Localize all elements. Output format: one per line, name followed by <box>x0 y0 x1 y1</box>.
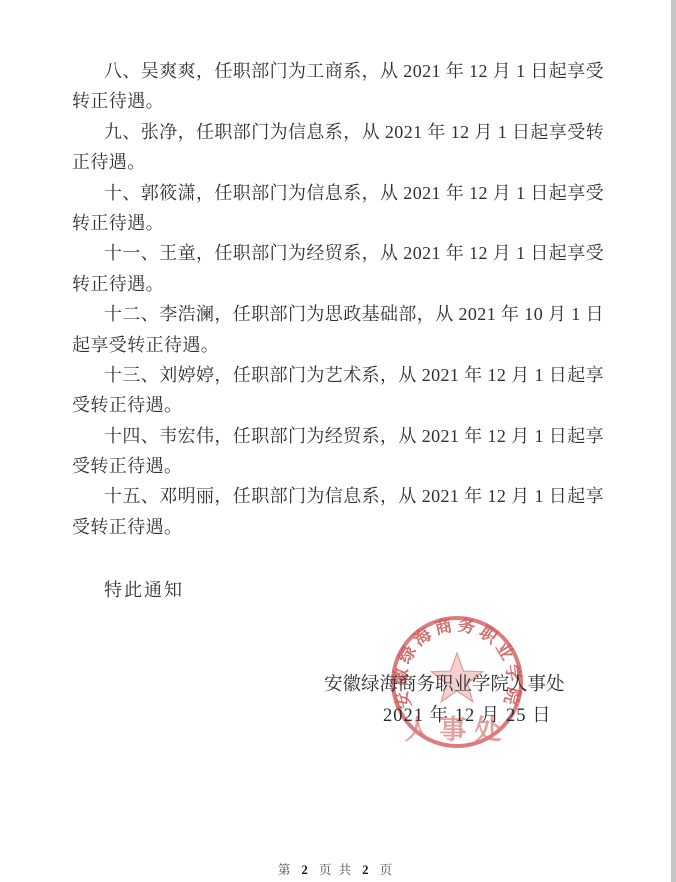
notice-document-page: 八、吴爽爽，任职部门为工商系，从 2021 年 12 月 1 日起享受 转正待遇… <box>0 0 676 882</box>
footer-label-total: 共 <box>339 863 353 877</box>
notice-item-14-line1: 十四、韦宏伟，任职部门为经贸系，从 2021 年 12 月 1 日起享 <box>72 421 600 451</box>
notice-item-12-line2: 起享受转正待遇。 <box>72 330 600 360</box>
notice-item-15-line1: 十五、邓明丽，任职部门为信息系，从 2021 年 12 月 1 日起享 <box>72 481 600 511</box>
footer-total-pages: 2 <box>362 863 369 877</box>
notice-item-15-line2: 受转正待遇。 <box>72 512 600 542</box>
scan-edge <box>671 0 676 882</box>
footer-label-prefix: 第 <box>278 863 292 877</box>
issue-date: 2021 年 12 月 25 日 <box>383 701 552 731</box>
notice-item-11-line1: 十一、王童，任职部门为经贸系，从 2021 年 12 月 1 日起享受 <box>72 238 600 268</box>
closing-statement: 特此通知 <box>104 575 184 605</box>
footer-label-page: 页 <box>319 863 333 877</box>
notice-item-14-line2: 受转正待遇。 <box>72 451 600 481</box>
notice-item-9-line1: 九、张净，任职部门为信息系，从 2021 年 12 月 1 日起享受转 <box>72 117 600 147</box>
notice-item-8-line1: 八、吴爽爽，任职部门为工商系，从 2021 年 12 月 1 日起享受 <box>72 56 600 86</box>
notice-body: 八、吴爽爽，任职部门为工商系，从 2021 年 12 月 1 日起享受 转正待遇… <box>72 56 600 542</box>
footer-current-page: 2 <box>302 863 309 877</box>
notice-item-8-line2: 转正待遇。 <box>72 86 600 116</box>
notice-item-11-line2: 转正待遇。 <box>72 269 600 299</box>
notice-item-12-line1: 十二、李浩澜，任职部门为思政基础部，从 2021 年 10 月 1 日 <box>72 299 600 329</box>
issuing-department-signature: 安徽绿海商务职业学院人事处 <box>324 670 565 700</box>
notice-item-9-line2: 正待遇。 <box>72 147 600 177</box>
notice-item-13-line1: 十三、刘婷婷，任职部门为艺术系，从 2021 年 12 月 1 日起享 <box>72 360 600 390</box>
notice-item-10-line2: 转正待遇。 <box>72 208 600 238</box>
footer-label-suffix: 页 <box>380 863 394 877</box>
page-footer: 第 2 页 共 2 页 <box>0 860 671 878</box>
notice-item-13-line2: 受转正待遇。 <box>72 390 600 420</box>
notice-item-10-line1: 十、郭筱潇，任职部门为信息系，从 2021 年 12 月 1 日起享受 <box>72 178 600 208</box>
